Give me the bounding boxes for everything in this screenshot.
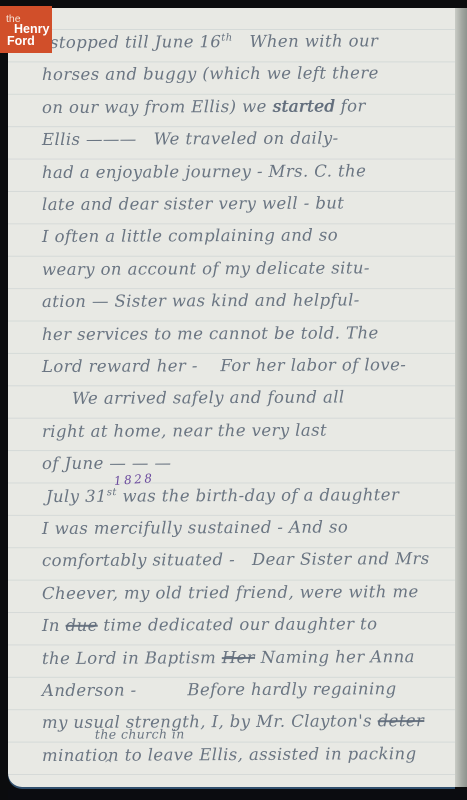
manuscript-line: In due time dedicated our daughter to xyxy=(42,614,441,640)
manuscript-line: horses and buggy (which we left there xyxy=(42,63,441,89)
handwriting-segment: for xyxy=(335,96,366,115)
handwriting-segment: Naming her Anna xyxy=(255,647,415,667)
handwriting-segment: Cheever, my old tried friend, were with … xyxy=(42,582,419,603)
manuscript-line: had a enjoyable journey - Mrs. C. the xyxy=(42,161,441,187)
handwriting-segment: I was mercifully sustained - And so xyxy=(42,517,348,538)
archivist-date-annotation: 1828 xyxy=(113,471,154,488)
handwriting-segment: on our way from Ellis) we xyxy=(42,97,273,117)
handwriting-segment: comfortably situated - Dear Sister and M… xyxy=(42,549,430,570)
manuscript-text-area: stopped till June 16th When with ourhors… xyxy=(8,8,455,787)
handwriting-segment: her services to me cannot be told. The xyxy=(42,323,379,344)
manuscript-line: We arrived safely and found all xyxy=(42,387,441,413)
manuscript-line: mination to leave Ellis, assisted in pac… xyxy=(42,744,441,770)
handwriting-segment: had a enjoyable journey - Mrs. C. the xyxy=(42,161,366,182)
manuscript-line: July 31st was the birth-day of a daughte… xyxy=(42,485,441,511)
manuscript-line: weary on account of my delicate situ- xyxy=(42,258,441,284)
handwriting-segment: due xyxy=(66,616,98,635)
handwriting-segment: In xyxy=(42,616,66,635)
handwriting-segment: July 31 xyxy=(46,486,107,505)
handwriting-segment: late and dear sister very well - but xyxy=(42,193,344,214)
interlinear-insertion: the church in xyxy=(95,726,185,741)
handwriting-segment: I often a little complaining and so xyxy=(42,226,338,247)
scan-frame-left xyxy=(0,0,8,800)
manuscript-line: of June — — — xyxy=(42,452,441,478)
manuscript-line: late and dear sister very well - but xyxy=(42,193,441,219)
manuscript-line: on our way from Ellis) we started for xyxy=(42,96,441,122)
handwriting-segment: ation — Sister was kind and helpful- xyxy=(42,291,360,312)
handwriting-segment: stopped till June 16 xyxy=(50,32,221,52)
handwriting-segment: Lord reward her - For her labor of love- xyxy=(42,355,406,376)
handwriting-segment: started xyxy=(272,96,335,115)
logo-text-ford: Ford xyxy=(7,34,35,48)
handwriting-segment: Anderson - Before hardly regaining xyxy=(42,679,397,700)
manuscript-line: her services to me cannot be told. The xyxy=(42,323,441,349)
manuscript-line: stopped till June 16th When with our xyxy=(42,31,441,57)
book-fore-edge xyxy=(455,8,467,787)
manuscript-line: Lord reward her - For her labor of love- xyxy=(42,355,441,381)
handwriting-segment: st xyxy=(107,487,117,498)
handwriting-segment: Her xyxy=(222,648,255,667)
handwriting-segment: time dedicated our daughter to xyxy=(98,614,378,634)
handwriting-segment: th xyxy=(221,33,232,44)
scan-frame-top xyxy=(0,0,467,8)
manuscript-line: Anderson - Before hardly regaining xyxy=(42,679,441,705)
handwriting-segment: Ellis ——— We traveled on daily- xyxy=(42,129,339,150)
scan-frame-bottom xyxy=(0,789,467,800)
manuscript-line: the Lord in Baptism Her Naming her Anna xyxy=(42,647,441,673)
handwriting-segment: the Lord in Baptism xyxy=(42,648,222,668)
handwriting-segment: was the birth-day of a daughter xyxy=(117,485,399,505)
manuscript-line: comfortably situated - Dear Sister and M… xyxy=(42,549,441,575)
handwriting-segment: weary on account of my delicate situ- xyxy=(42,258,370,279)
manuscript-line: right at home, near the very last xyxy=(42,420,441,446)
manuscript-line: ation — Sister was kind and helpful- xyxy=(42,290,441,316)
handwriting-segment: We arrived safely and found all xyxy=(72,388,345,408)
scanned-journal-view: { "logo": { "the": "the", "henry": "Henr… xyxy=(0,0,467,800)
manuscript-line: Cheever, my old tried friend, were with … xyxy=(42,582,441,608)
insertion-caret-mark: ^ xyxy=(104,758,113,769)
manuscript-line: I was mercifully sustained - And so xyxy=(42,517,441,543)
handwriting-segment: When with our xyxy=(233,31,379,51)
handwriting-segment: right at home, near the very last xyxy=(42,420,327,440)
handwriting-segment: mination to leave Ellis, assisted in pac… xyxy=(42,744,417,765)
manuscript-line: Ellis ——— We traveled on daily- xyxy=(42,128,441,154)
henry-ford-logo: the Henry Ford xyxy=(0,6,52,53)
handwriting-segment: horses and buggy (which we left there xyxy=(42,64,379,85)
handwriting-segment: deter xyxy=(378,711,425,730)
handwriting-segment: my usual strength, I, by Mr. Clayton's xyxy=(42,712,378,733)
manuscript-line: I often a little complaining and so xyxy=(42,225,441,251)
